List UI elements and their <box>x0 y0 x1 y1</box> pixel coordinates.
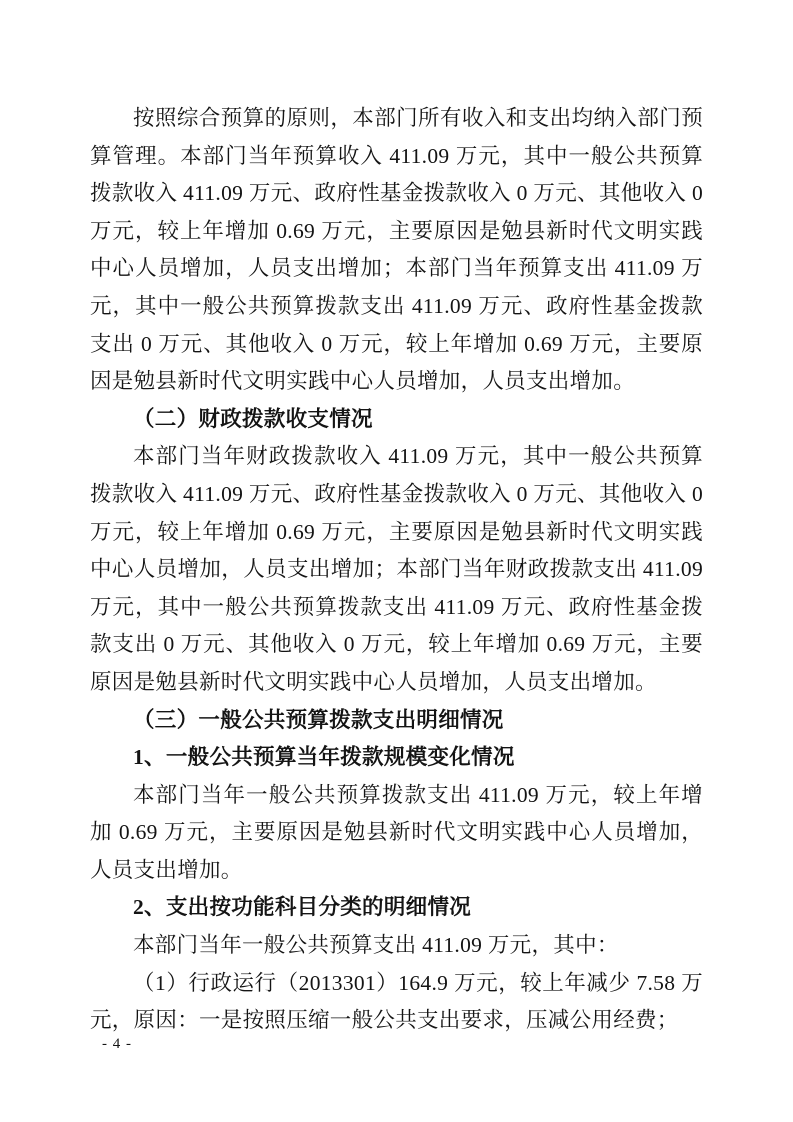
paragraph-fiscal-appropriation-detail: 本部门当年财政拨款收入 411.09 万元，其中一般公共预算拨款收入 411.0… <box>90 438 703 701</box>
paragraph-overall-budget-summary: 按照综合预算的原则，本部门所有收入和支出均纳入部门预算管理。本部门当年预算收入 … <box>90 100 703 401</box>
page-number: - 4 - <box>102 1033 132 1055</box>
document-body: 按照综合预算的原则，本部门所有收入和支出均纳入部门预算管理。本部门当年预算收入 … <box>90 100 703 1040</box>
section-heading-general-budget-expenditure-detail: （三）一般公共预算拨款支出明细情况 <box>90 702 703 740</box>
paragraph-appropriation-scale-change: 本部门当年一般公共预算拨款支出 411.09 万元，较上年增加 0.69 万元，… <box>90 777 703 890</box>
document-page: 按照综合预算的原则，本部门所有收入和支出均纳入部门预算管理。本部门当年预算收入 … <box>0 0 793 1122</box>
paragraph-expenditure-total: 本部门当年一般公共预算支出 411.09 万元，其中： <box>90 927 703 965</box>
section-heading-fiscal-appropriation: （二）财政拨款收支情况 <box>90 401 703 439</box>
subheading-appropriation-scale-change: 1、一般公共预算当年拨款规模变化情况 <box>90 739 703 777</box>
paragraph-administrative-operation-item: （1）行政运行（2013301）164.9 万元，较上年减少 7.58 万元，原… <box>90 965 703 1040</box>
subheading-expenditure-by-function: 2、支出按功能科目分类的明细情况 <box>90 889 703 927</box>
